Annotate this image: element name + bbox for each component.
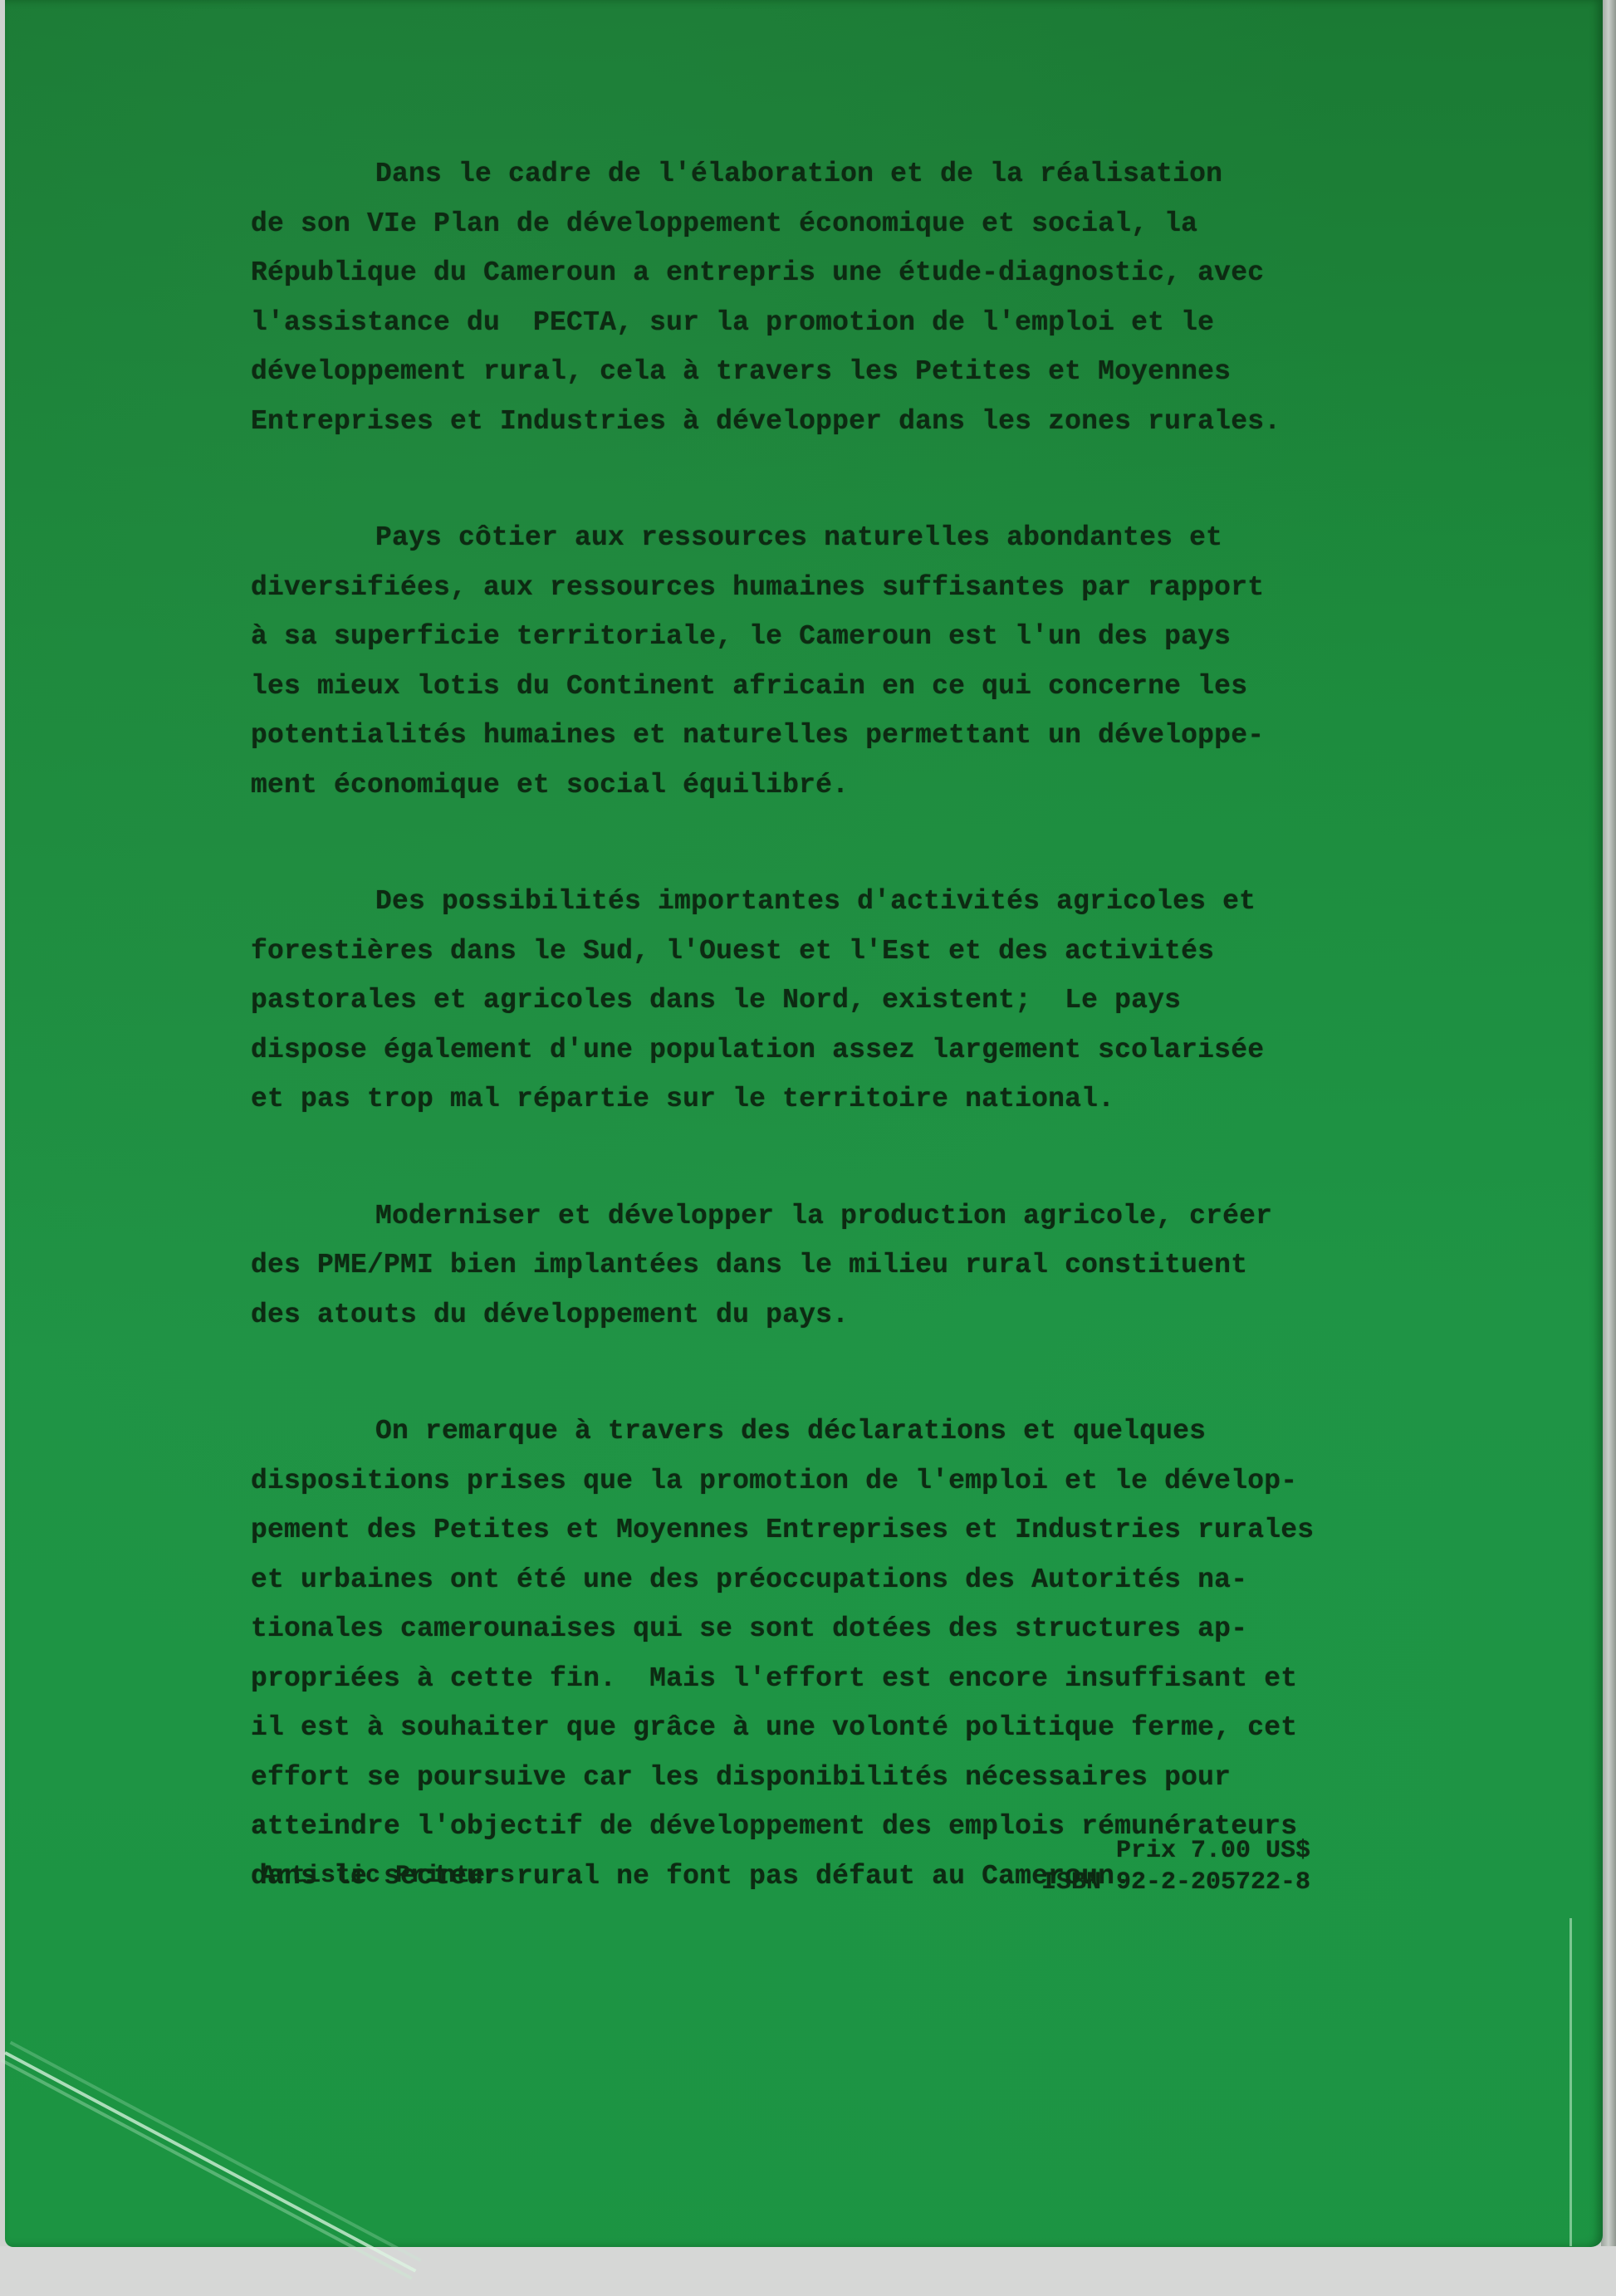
text-line: et pas trop mal répartie sur le territoi… (251, 1075, 1430, 1124)
text-line: à sa superficie territoriale, le Camerou… (251, 612, 1430, 662)
text-line: des PME/PMI bien implantées dans le mili… (251, 1241, 1430, 1290)
isbn: ISBN 92-2-205722-8 (1011, 1867, 1310, 1898)
text-line: Moderniser et développer la production a… (251, 1192, 1430, 1241)
text-line: pement des Petites et Moyennes Entrepris… (251, 1505, 1430, 1555)
text-line: ment économique et social équilibré. (251, 761, 1430, 810)
text-line: Des possibilités importantes d'activités… (251, 877, 1430, 927)
text-line: dispose également d'une population assez… (251, 1026, 1430, 1075)
paragraph-4: Moderniser et développer la production a… (251, 1192, 1430, 1340)
text-line: forestières dans le Sud, l'Ouest et l'Es… (251, 927, 1430, 977)
text-line: diversifiées, aux ressources humaines su… (251, 563, 1430, 613)
paragraph-5: On remarque à travers des déclarations e… (251, 1407, 1430, 1901)
paragraph-3: Des possibilités importantes d'activités… (251, 877, 1430, 1124)
printer-name: Artistic Printers (261, 1862, 515, 1890)
text-line: Entreprises et Industries à développer d… (251, 397, 1430, 447)
text-line: potentialités humaines et naturelles per… (251, 711, 1430, 761)
text-line: propriées à cette fin. Mais l'effort est… (251, 1654, 1430, 1704)
text-line: il est à souhaiter que grâce à une volon… (251, 1703, 1430, 1753)
table-surface-bottom (0, 2246, 1616, 2296)
text-line: développement rural, cela à travers les … (251, 347, 1430, 397)
text-line: Pays côtier aux ressources naturelles ab… (251, 513, 1430, 563)
text-line: dispositions prises que la promotion de … (251, 1456, 1430, 1506)
text-line: République du Cameroun a entrepris une é… (251, 248, 1430, 298)
text-line: On remarque à travers des déclarations e… (251, 1407, 1430, 1456)
text-line: l'assistance du PECTA, sur la promotion … (251, 298, 1430, 348)
blurb-text: Dans le cadre de l'élaboration et de la … (251, 149, 1430, 1968)
text-line: et urbaines ont été une des préoccupatio… (251, 1555, 1430, 1605)
price: Prix 7.00 US$ (1011, 1835, 1310, 1867)
text-line: Dans le cadre de l'élaboration et de la … (251, 149, 1430, 199)
paragraph-1: Dans le cadre de l'élaboration et de la … (251, 149, 1430, 446)
text-line: pastorales et agricoles dans le Nord, ex… (251, 976, 1430, 1026)
price-isbn-block: Prix 7.00 US$ ISBN 92-2-205722-8 (1011, 1835, 1310, 1898)
paragraph-2: Pays côtier aux ressources naturelles ab… (251, 513, 1430, 810)
table-surface-right (1601, 0, 1616, 2296)
text-line: effort se poursuive car les disponibilit… (251, 1753, 1430, 1803)
text-line: de son VIe Plan de développement économi… (251, 199, 1430, 249)
text-line: les mieux lotis du Continent africain en… (251, 662, 1430, 712)
text-line: tionales camerounaises qui se sont dotée… (251, 1604, 1430, 1654)
text-line: des atouts du développement du pays. (251, 1290, 1430, 1340)
